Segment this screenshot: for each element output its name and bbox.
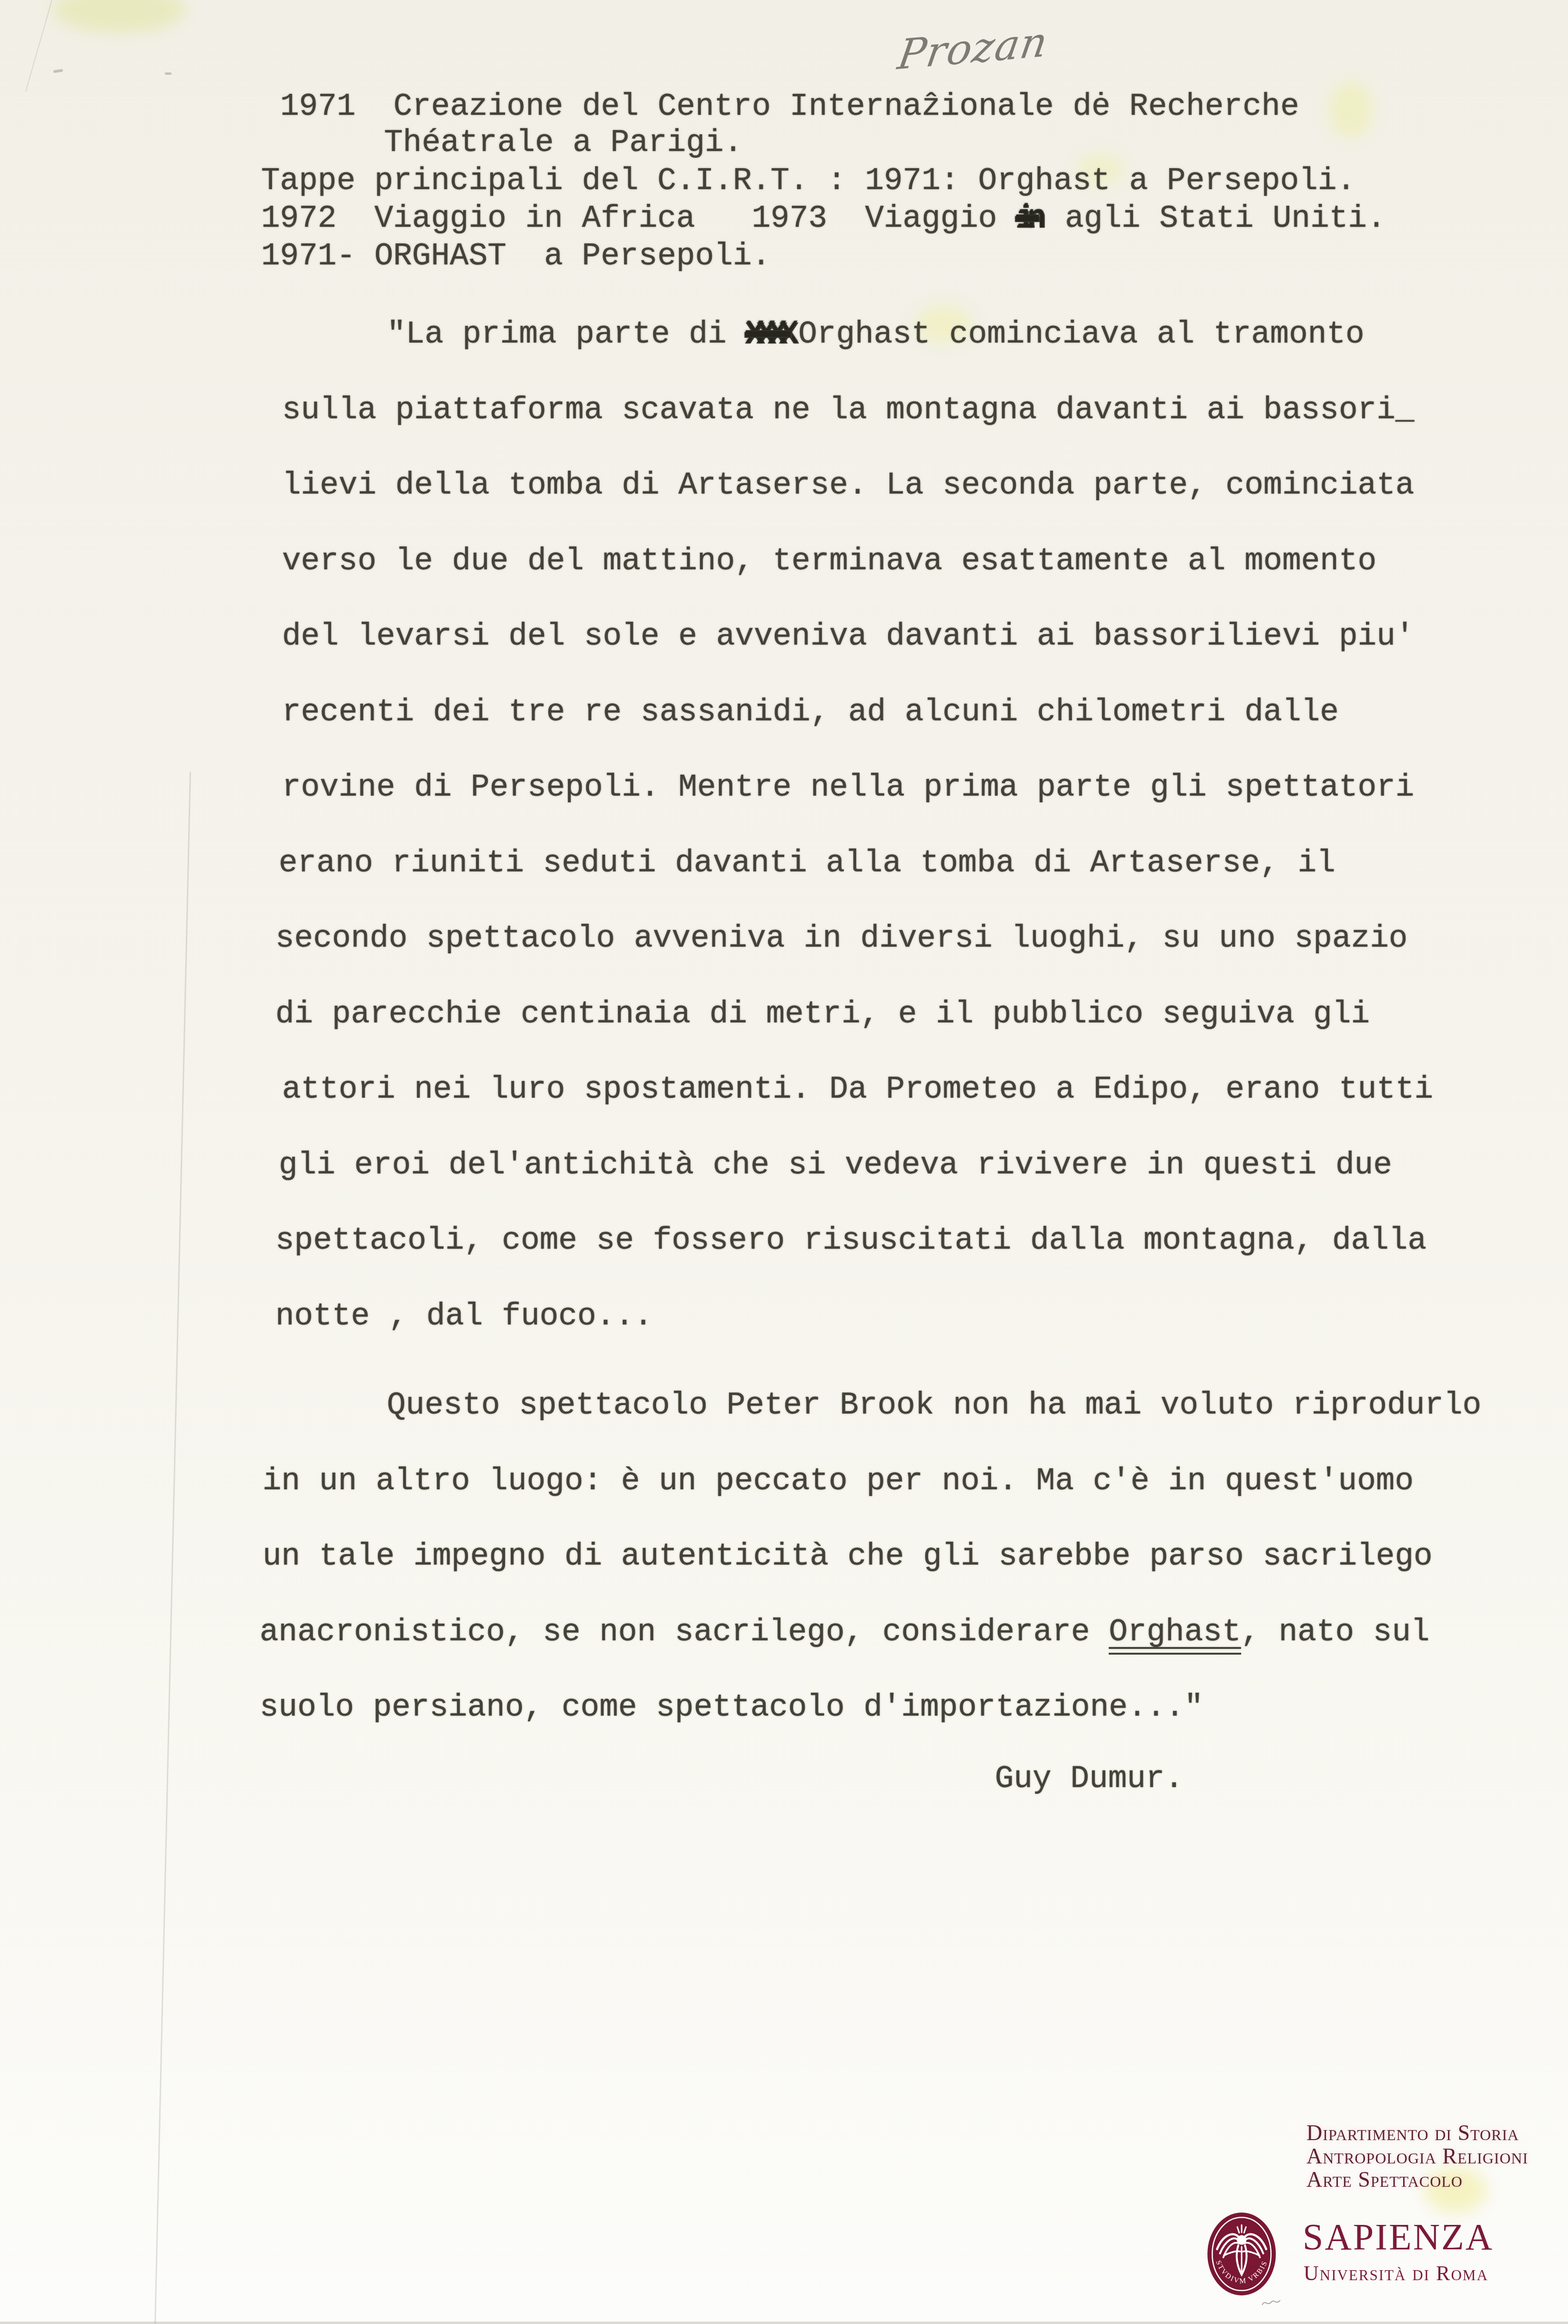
typed-line: in un altro luogo: è un peccato per noi.…: [263, 1463, 1414, 1499]
typed-line: notte , dal fuoco...: [275, 1298, 653, 1334]
document-page: Prozan 1971 Creazione del Centro Interna…: [0, 0, 1568, 2324]
struck-text: XXXX: [746, 316, 799, 352]
stamp-department-block: Dipartimento di Storia Antropologia Reli…: [1306, 2121, 1528, 2191]
typed-line: lievi della tomba di Artaserse. La secon…: [282, 467, 1414, 504]
typed-line: anacronistico, se non sacrilego, conside…: [260, 1614, 1430, 1650]
typed-line: "La prima parte di XXXXOrghast cominciav…: [387, 316, 1365, 353]
text-segment: Orghast cominciava al tramonto: [798, 316, 1364, 352]
scan-edge-shadow: [0, 2322, 1568, 2324]
pen-squiggle-mark: [1261, 2297, 1282, 2309]
text-segment: 1972 Viaggio in Africa 1973 Viaggio: [261, 201, 1016, 236]
header-line: Tappe principali del C.I.R.T. : 1971: Or…: [261, 163, 1356, 199]
text-segment: "La prima parte di: [387, 316, 746, 352]
text-segment: agli Stati Uniti.: [1046, 201, 1386, 236]
emblem-face: [1237, 2235, 1246, 2245]
typed-line: di parecchie centinaia di metri, e il pu…: [275, 996, 1370, 1032]
department-line: Arte Spettacolo: [1306, 2168, 1528, 2191]
header-line: 1971- ORGHAST a Persepoli.: [261, 238, 770, 274]
typed-line: recenti dei tre re sassanidi, ad alcuni …: [282, 694, 1339, 730]
stain: [52, 0, 186, 33]
header-line: Théatrale a Parigi.: [384, 125, 743, 161]
department-line: Dipartimento di Storia: [1306, 2121, 1528, 2144]
text-segment: , nato sul: [1241, 1614, 1430, 1650]
university-subtitle: Università di Roma: [1304, 2263, 1488, 2284]
typed-line: spettacoli, come se fossero risuscitati …: [275, 1223, 1426, 1259]
typed-line: Questo spettacolo Peter Brook non ha mai…: [387, 1387, 1481, 1424]
speck-mark: [165, 72, 172, 75]
sapienza-emblem-icon: STVDIVM VRBIS: [1205, 2211, 1278, 2297]
signature: Guy Dumur.: [995, 1761, 1184, 1797]
handwritten-note: Prozan: [895, 18, 1052, 79]
typed-line: del levarsi del sole e avveniva davanti …: [282, 618, 1414, 655]
typed-line: erano riuniti seduti davanti alla tomba …: [279, 845, 1335, 881]
typed-line: gli eroi del'antichità che si vedeva riv…: [279, 1147, 1392, 1183]
struck-text: in: [1016, 201, 1046, 236]
header-line: 1972 Viaggio in Africa 1973 Viaggio in a…: [261, 201, 1386, 237]
typed-line: suolo persiano, come spettacolo d'import…: [260, 1689, 1203, 1726]
text-segment: anacronistico, se non sacrilego, conside…: [260, 1614, 1109, 1650]
university-wordmark: SAPIENZA: [1303, 2218, 1494, 2255]
typed-line: sulla piattaforma scavata ne la montagna…: [282, 392, 1414, 428]
department-line: Antropologia Religioni: [1306, 2144, 1528, 2168]
header-line: 1971 Creazione del Centro Internaẑionale…: [280, 89, 1299, 125]
speck-mark: [53, 69, 63, 73]
typed-line: rovine di Persepoli. Mentre nella prima …: [282, 769, 1414, 806]
typed-line: un tale impegno di autenticità che gli s…: [263, 1538, 1433, 1575]
typed-line: verso le due del mattino, terminava esat…: [282, 543, 1376, 579]
crease-mark: [25, 0, 52, 92]
stain: [1329, 81, 1372, 138]
typed-line: attori nei luro spostamenti. Da Prometeo…: [282, 1071, 1433, 1108]
crease-mark: [154, 772, 191, 2324]
typed-line: secondo spettacolo avveniva in diversi l…: [275, 920, 1407, 957]
underlined-title: Orghast: [1109, 1614, 1241, 1655]
